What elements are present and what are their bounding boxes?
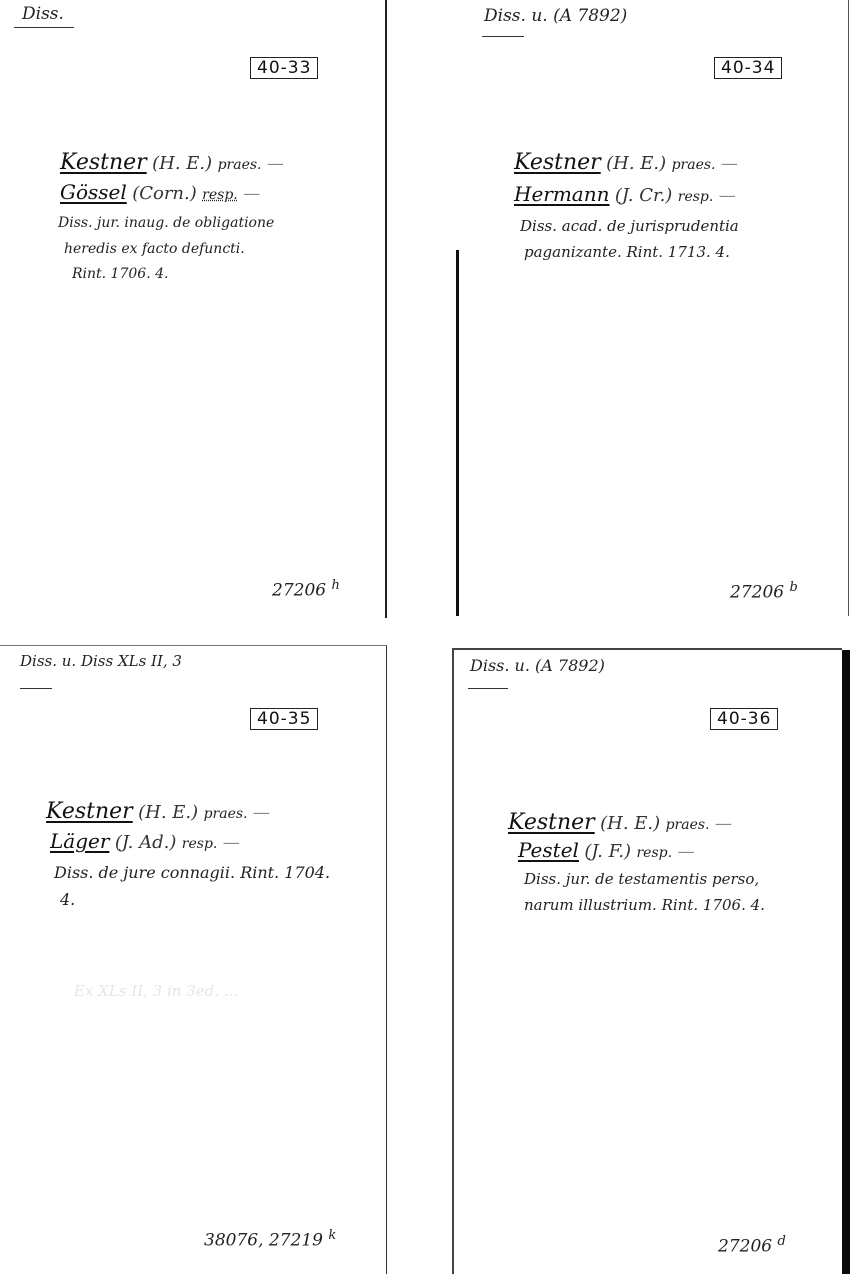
shelf-mark-underline <box>468 688 508 689</box>
respondent-name: Pestel <box>518 838 579 862</box>
dash: — <box>243 184 260 204</box>
respondent-initials: (J. Ad.) <box>115 832 177 853</box>
catalog-card-40-35: Diss. u. Diss XLs II, 3 40-35 Kestner (H… <box>0 645 387 1274</box>
title-line-2: heredis ex facto defuncti. <box>64 241 245 257</box>
dash: — <box>715 814 732 834</box>
praeses-initials: (H. E.) <box>152 153 212 174</box>
dash: — <box>677 842 694 862</box>
praeses-line: Kestner (H. E.) praes. — <box>508 810 732 835</box>
shelf-mark: Diss. <box>22 4 64 24</box>
card-edge <box>456 250 459 616</box>
praeses-initials: (H. E.) <box>600 813 660 834</box>
respondent-role: resp. <box>636 845 672 861</box>
title-line-2: narum illustrium. Rint. 1706. 4. <box>524 896 765 914</box>
praeses-line: Kestner (H. E.) praes. — <box>46 799 270 824</box>
catalog-card-40-33: Diss. 40-33 Kestner (H. E.) praes. — Gös… <box>0 0 387 618</box>
title-line-1: Diss. acad. de jurisprudentia <box>520 217 739 235</box>
call-number: 27206 h <box>272 578 340 601</box>
call-number: 38076, 27219 k <box>204 1228 336 1251</box>
dash: — <box>721 154 738 174</box>
catalog-number: 40-35 <box>250 708 318 730</box>
catalog-card-40-36: Diss. u. (A 7892) 40-36 Kestner (H. E.) … <box>452 648 842 1274</box>
call-number-value: 38076, 27219 <box>204 1231 323 1251</box>
respondent-line: Läger (J. Ad.) resp. — <box>50 829 240 853</box>
call-number-suffix: b <box>790 580 798 595</box>
respondent-name: Läger <box>50 829 109 853</box>
dash: — <box>267 154 284 174</box>
call-number-suffix: h <box>332 578 340 593</box>
shelf-mark: Diss. u. Diss XLs II, 3 <box>20 652 182 670</box>
catalog-number: 40-36 <box>710 708 778 730</box>
catalog-number: 40-34 <box>714 57 782 79</box>
praeses-role: praes. <box>218 157 262 173</box>
title-line-1: Diss. jur. inaug. de obligatione <box>58 215 274 231</box>
praeses-initials: (H. E.) <box>606 153 666 174</box>
title-line-1: Diss. de jure connagii. Rint. 1704. <box>54 863 330 882</box>
dash: — <box>253 803 270 823</box>
praeses-name: Kestner <box>46 799 133 824</box>
praeses-initials: (H. E.) <box>138 802 198 823</box>
call-number-value: 27206 <box>718 1237 772 1257</box>
faint-pencil-note: Ex XLs II, 3 in 3ed. ... <box>74 982 238 1000</box>
shelf-mark: Diss. u. (A 7892) <box>470 656 605 675</box>
respondent-initials: (Corn.) <box>132 183 197 204</box>
respondent-line: Pestel (J. F.) resp. — <box>518 838 694 862</box>
title-line-2: paganizante. Rint. 1713. 4. <box>524 243 730 261</box>
call-number: 27206 d <box>718 1234 786 1257</box>
shelf-mark-underline <box>20 688 52 689</box>
call-number-suffix: k <box>328 1228 336 1243</box>
call-number-value: 27206 <box>272 581 326 601</box>
respondent-name: Gössel <box>60 180 127 204</box>
praeses-role: praes. <box>666 817 710 833</box>
praeses-name: Kestner <box>60 150 147 175</box>
praeses-name: Kestner <box>508 810 595 835</box>
dash: — <box>719 186 736 206</box>
title-line-1: Diss. jur. de testamentis perso, <box>524 870 759 888</box>
respondent-line: Hermann (J. Cr.) resp. — <box>514 182 736 206</box>
praeses-role: praes. <box>672 157 716 173</box>
dash: — <box>223 833 240 853</box>
respondent-role: resp. <box>202 187 238 203</box>
call-number-value: 27206 <box>730 583 784 603</box>
respondent-line: Gössel (Corn.) resp. — <box>60 180 260 204</box>
praeses-name: Kestner <box>514 150 601 175</box>
title-line-2: 4. <box>60 890 75 909</box>
respondent-name: Hermann <box>514 182 610 206</box>
praeses-line: Kestner (H. E.) praes. — <box>514 150 738 175</box>
catalog-card-40-34: Diss. u. (A 7892) 40-34 Kestner (H. E.) … <box>458 0 849 616</box>
praeses-role: praes. <box>204 806 248 822</box>
shelf-mark-underline <box>482 36 524 37</box>
title-line-3: Rint. 1706. 4. <box>72 266 168 282</box>
respondent-role: resp. <box>678 189 714 205</box>
call-number: 27206 b <box>730 580 798 603</box>
praeses-line: Kestner (H. E.) praes. — <box>60 150 284 175</box>
catalog-number: 40-33 <box>250 57 318 79</box>
respondent-initials: (J. F.) <box>584 841 631 862</box>
respondent-role: resp. <box>182 836 218 852</box>
shelf-mark-underline <box>14 27 74 28</box>
respondent-initials: (J. Cr.) <box>615 185 672 206</box>
call-number-suffix: d <box>778 1234 786 1249</box>
shelf-mark: Diss. u. (A 7892) <box>484 6 627 26</box>
